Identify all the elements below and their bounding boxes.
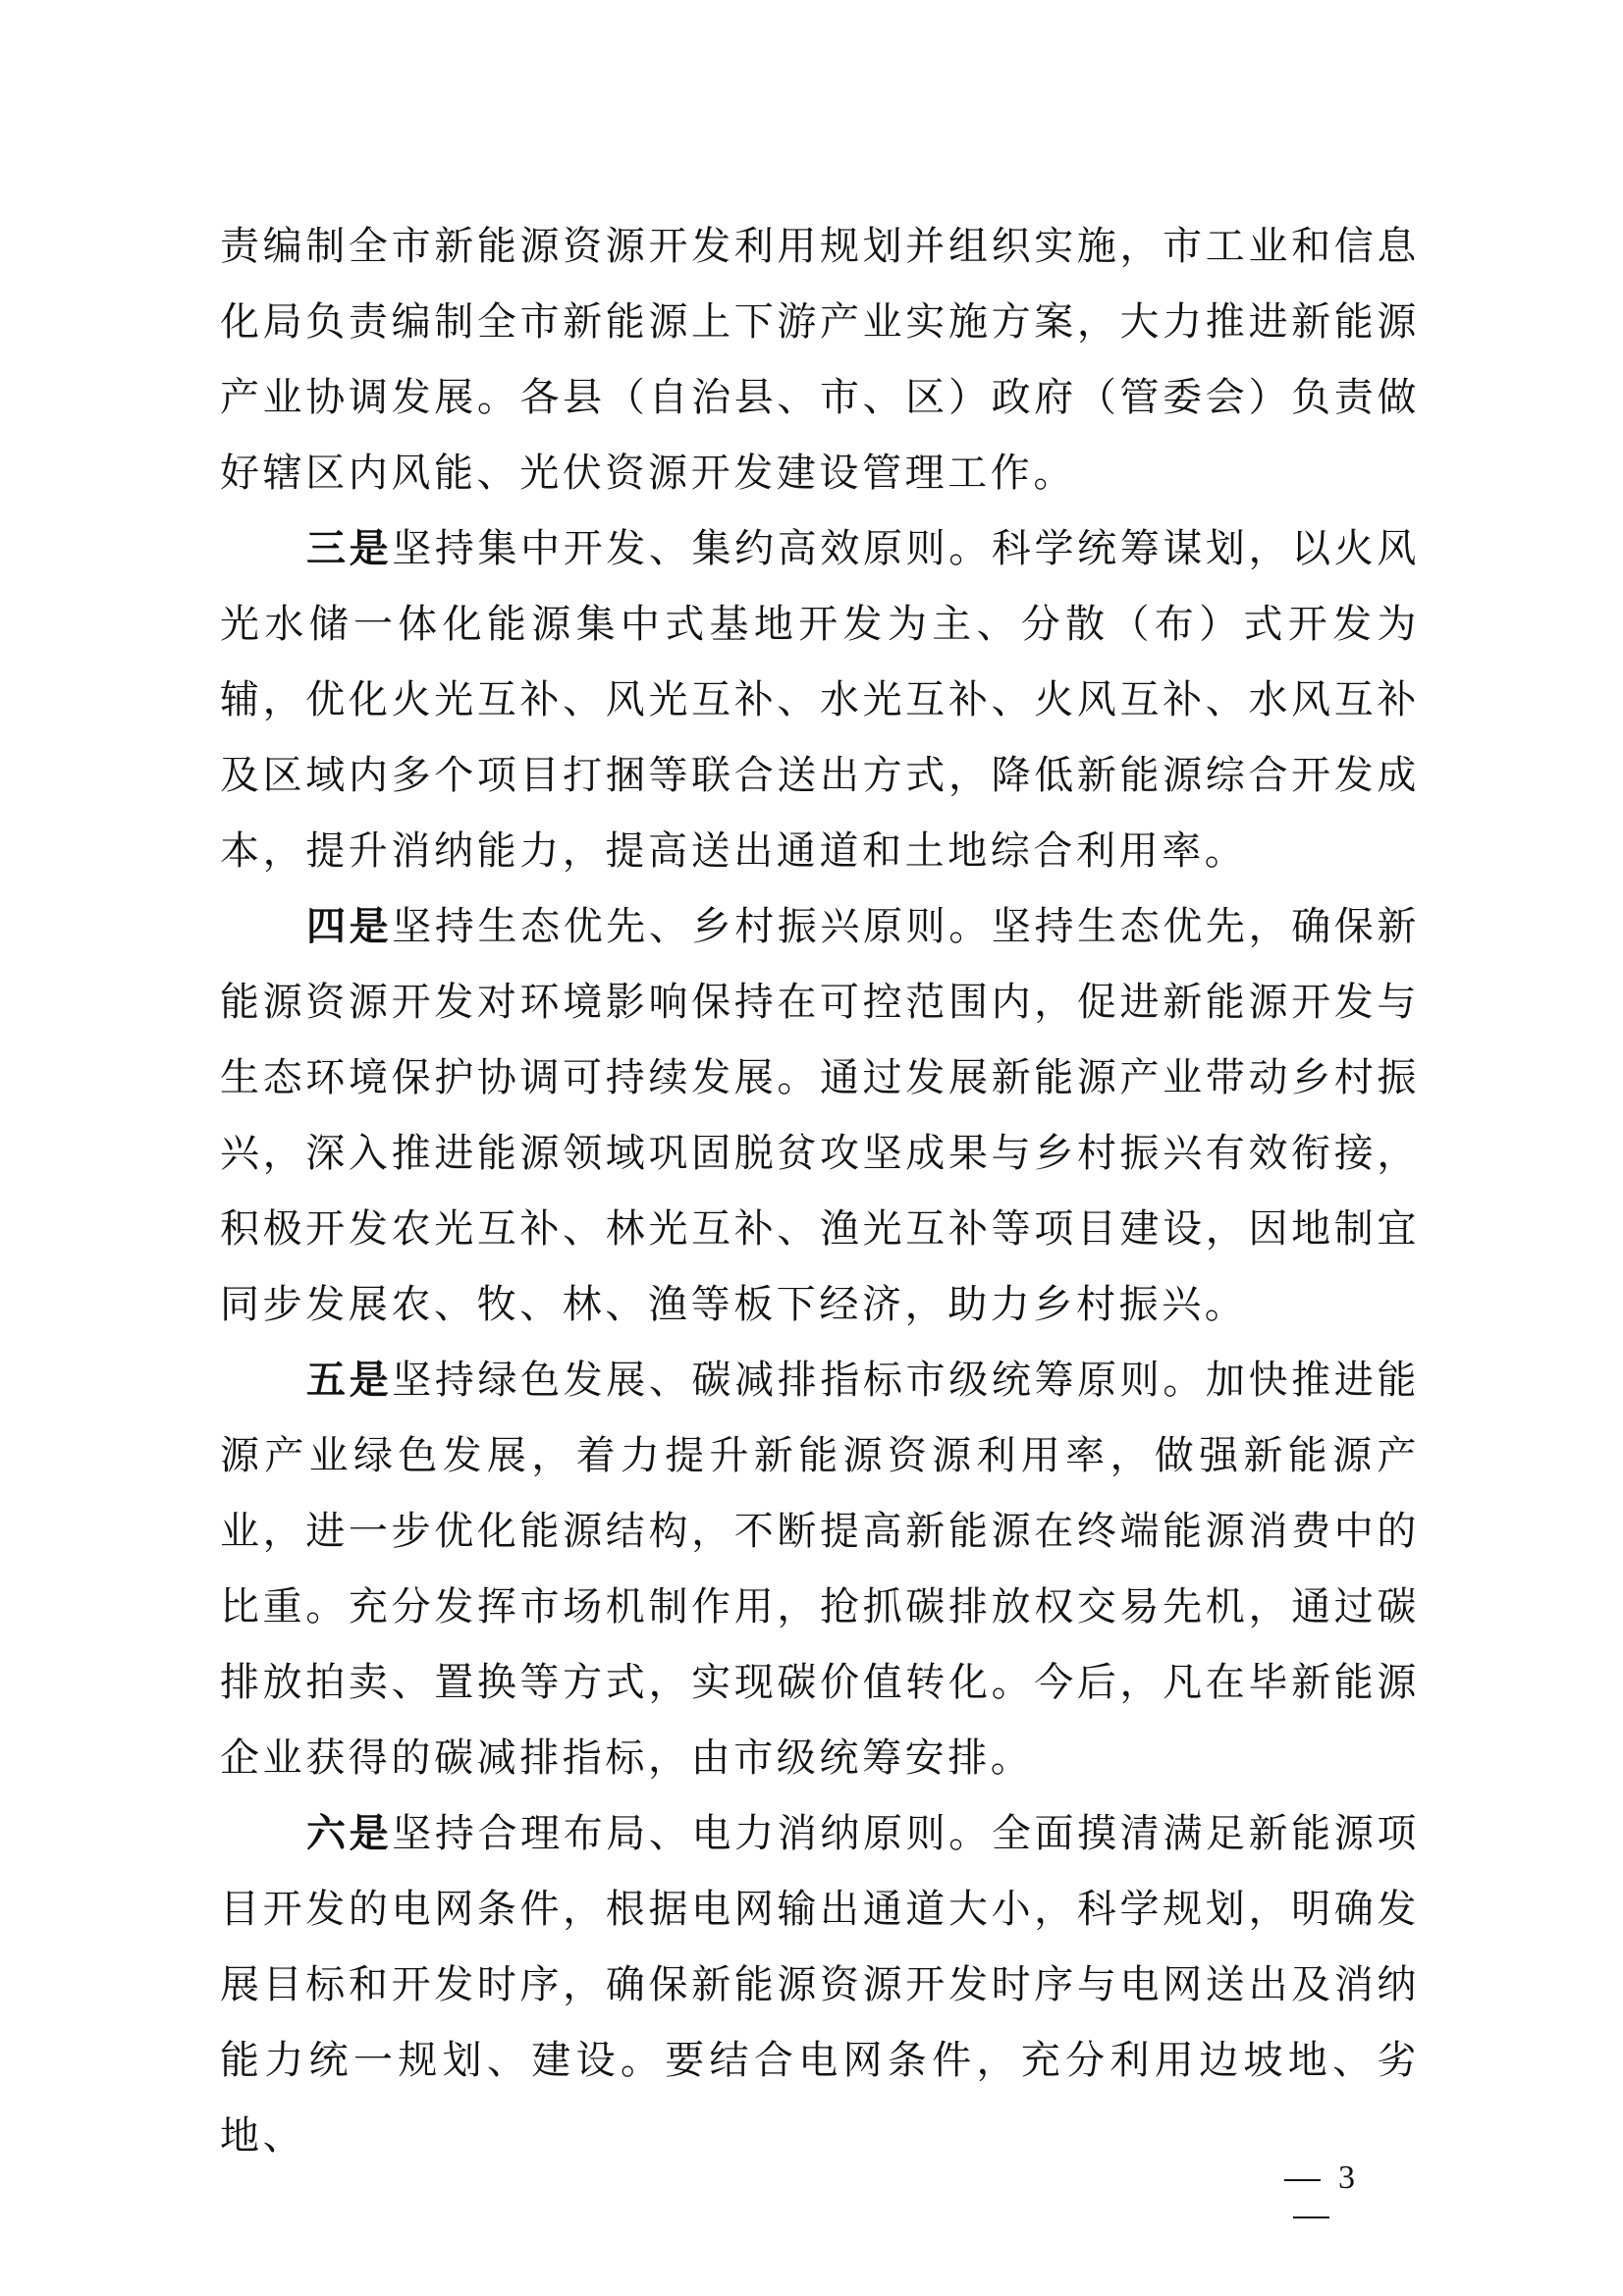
paragraph-lead: 三是 [306, 526, 392, 571]
paragraph-principle-six: 六是坚持合理布局、电力消纳原则。全面摸清满足新能源项目开发的电网条件，根据电网输… [220, 1796, 1420, 2174]
paragraph-text: 坚持绿色发展、碳减排指标市级统筹原则。加快推进能源产业绿色发展，着力提升新能源资… [220, 1358, 1420, 1781]
dash-left-decoration [1284, 2179, 1321, 2181]
paragraph-principle-four: 四是坚持生态优先、乡村振兴原则。坚持生态优先，确保新能源资源开发对环境影响保持在… [220, 889, 1420, 1343]
page-number-value: 3 [1338, 2160, 1355, 2196]
paragraph-principle-five: 五是坚持绿色发展、碳减排指标市级统筹原则。加快推进能源产业绿色发展，着力提升新能… [220, 1343, 1420, 1796]
paragraph-principle-three: 三是坚持集中开发、集约高效原则。科学统筹谋划，以火风光水储一体化能源集中式基地开… [220, 511, 1420, 889]
paragraph-text: 坚持合理布局、电力消纳原则。全面摸清满足新能源项目开发的电网条件，根据电网输出通… [220, 1811, 1420, 2159]
document-page: 责编制全市新能源资源开发利用规划并组织实施，市工业和信息化局负责编制全市新能源上… [220, 209, 1420, 2174]
paragraph-lead: 四是 [306, 904, 392, 949]
paragraph-text: 责编制全市新能源资源开发利用规划并组织实施，市工业和信息化局负责编制全市新能源上… [220, 224, 1420, 496]
paragraph-lead: 六是 [306, 1811, 392, 1856]
paragraph-text: 坚持生态优先、乡村振兴原则。坚持生态优先，确保新能源资源开发对环境影响保持在可控… [220, 904, 1420, 1327]
paragraph-lead: 五是 [306, 1358, 392, 1403]
paragraph-continuation: 责编制全市新能源资源开发利用规划并组织实施，市工业和信息化局负责编制全市新能源上… [220, 209, 1420, 511]
dash-right-decoration [1293, 2216, 1329, 2218]
paragraph-text: 坚持集中开发、集约高效原则。科学统筹谋划，以火风光水储一体化能源集中式基地开发为… [220, 526, 1420, 874]
page-number: 3 [1232, 2160, 1389, 2234]
